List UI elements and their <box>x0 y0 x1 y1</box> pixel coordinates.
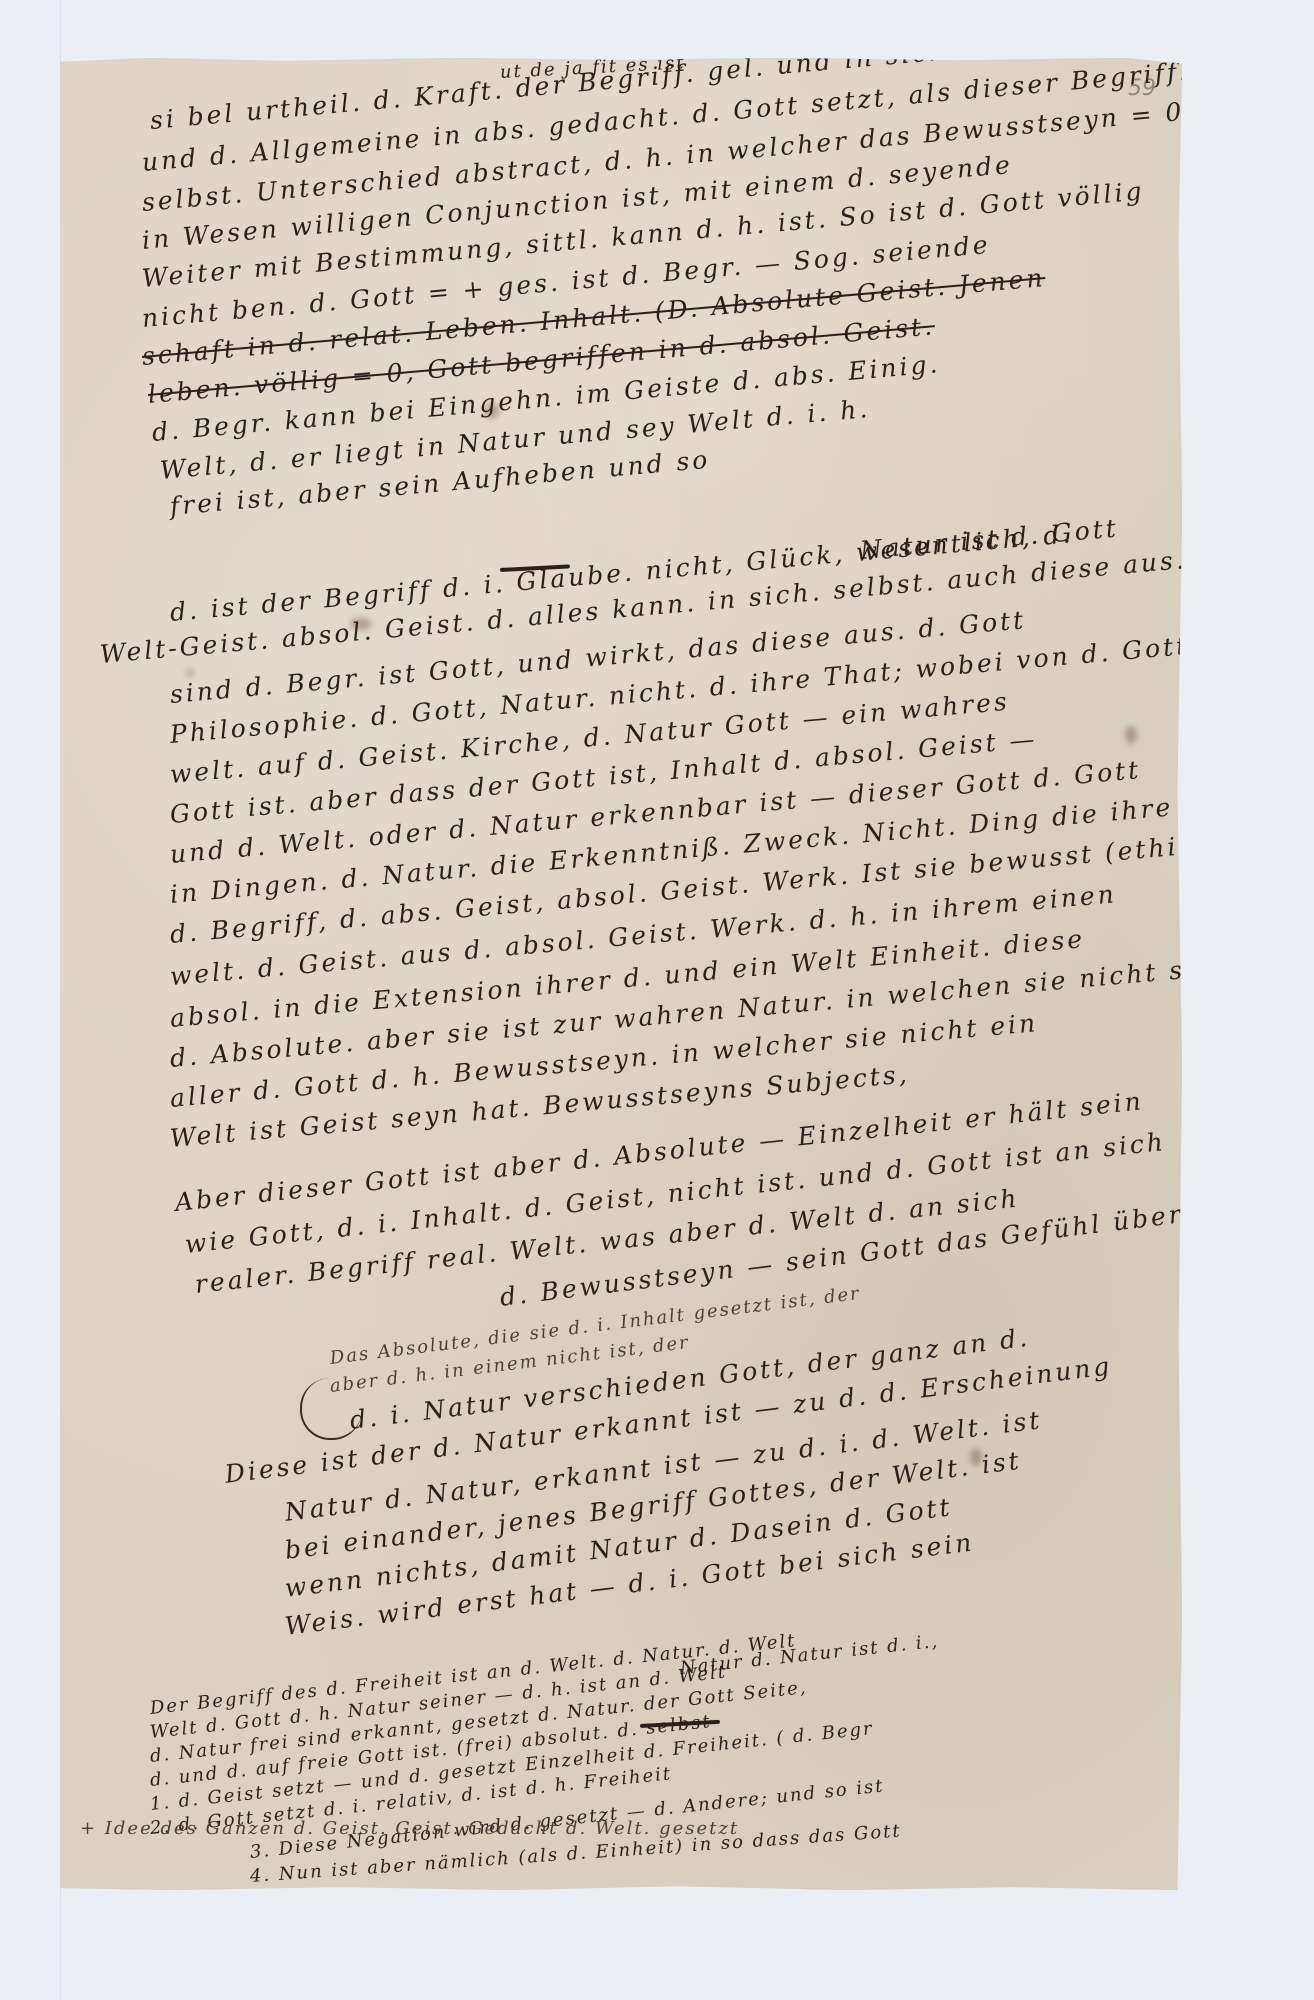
manuscript-page: 59 ut de ja fit es ist si bel urtheil. d… <box>60 58 1182 1890</box>
ink-stain <box>185 668 195 678</box>
ink-stain <box>1125 726 1137 744</box>
margin-note: + Idee des Ganzen d. Geist. Geist. Gedac… <box>80 1818 739 1839</box>
